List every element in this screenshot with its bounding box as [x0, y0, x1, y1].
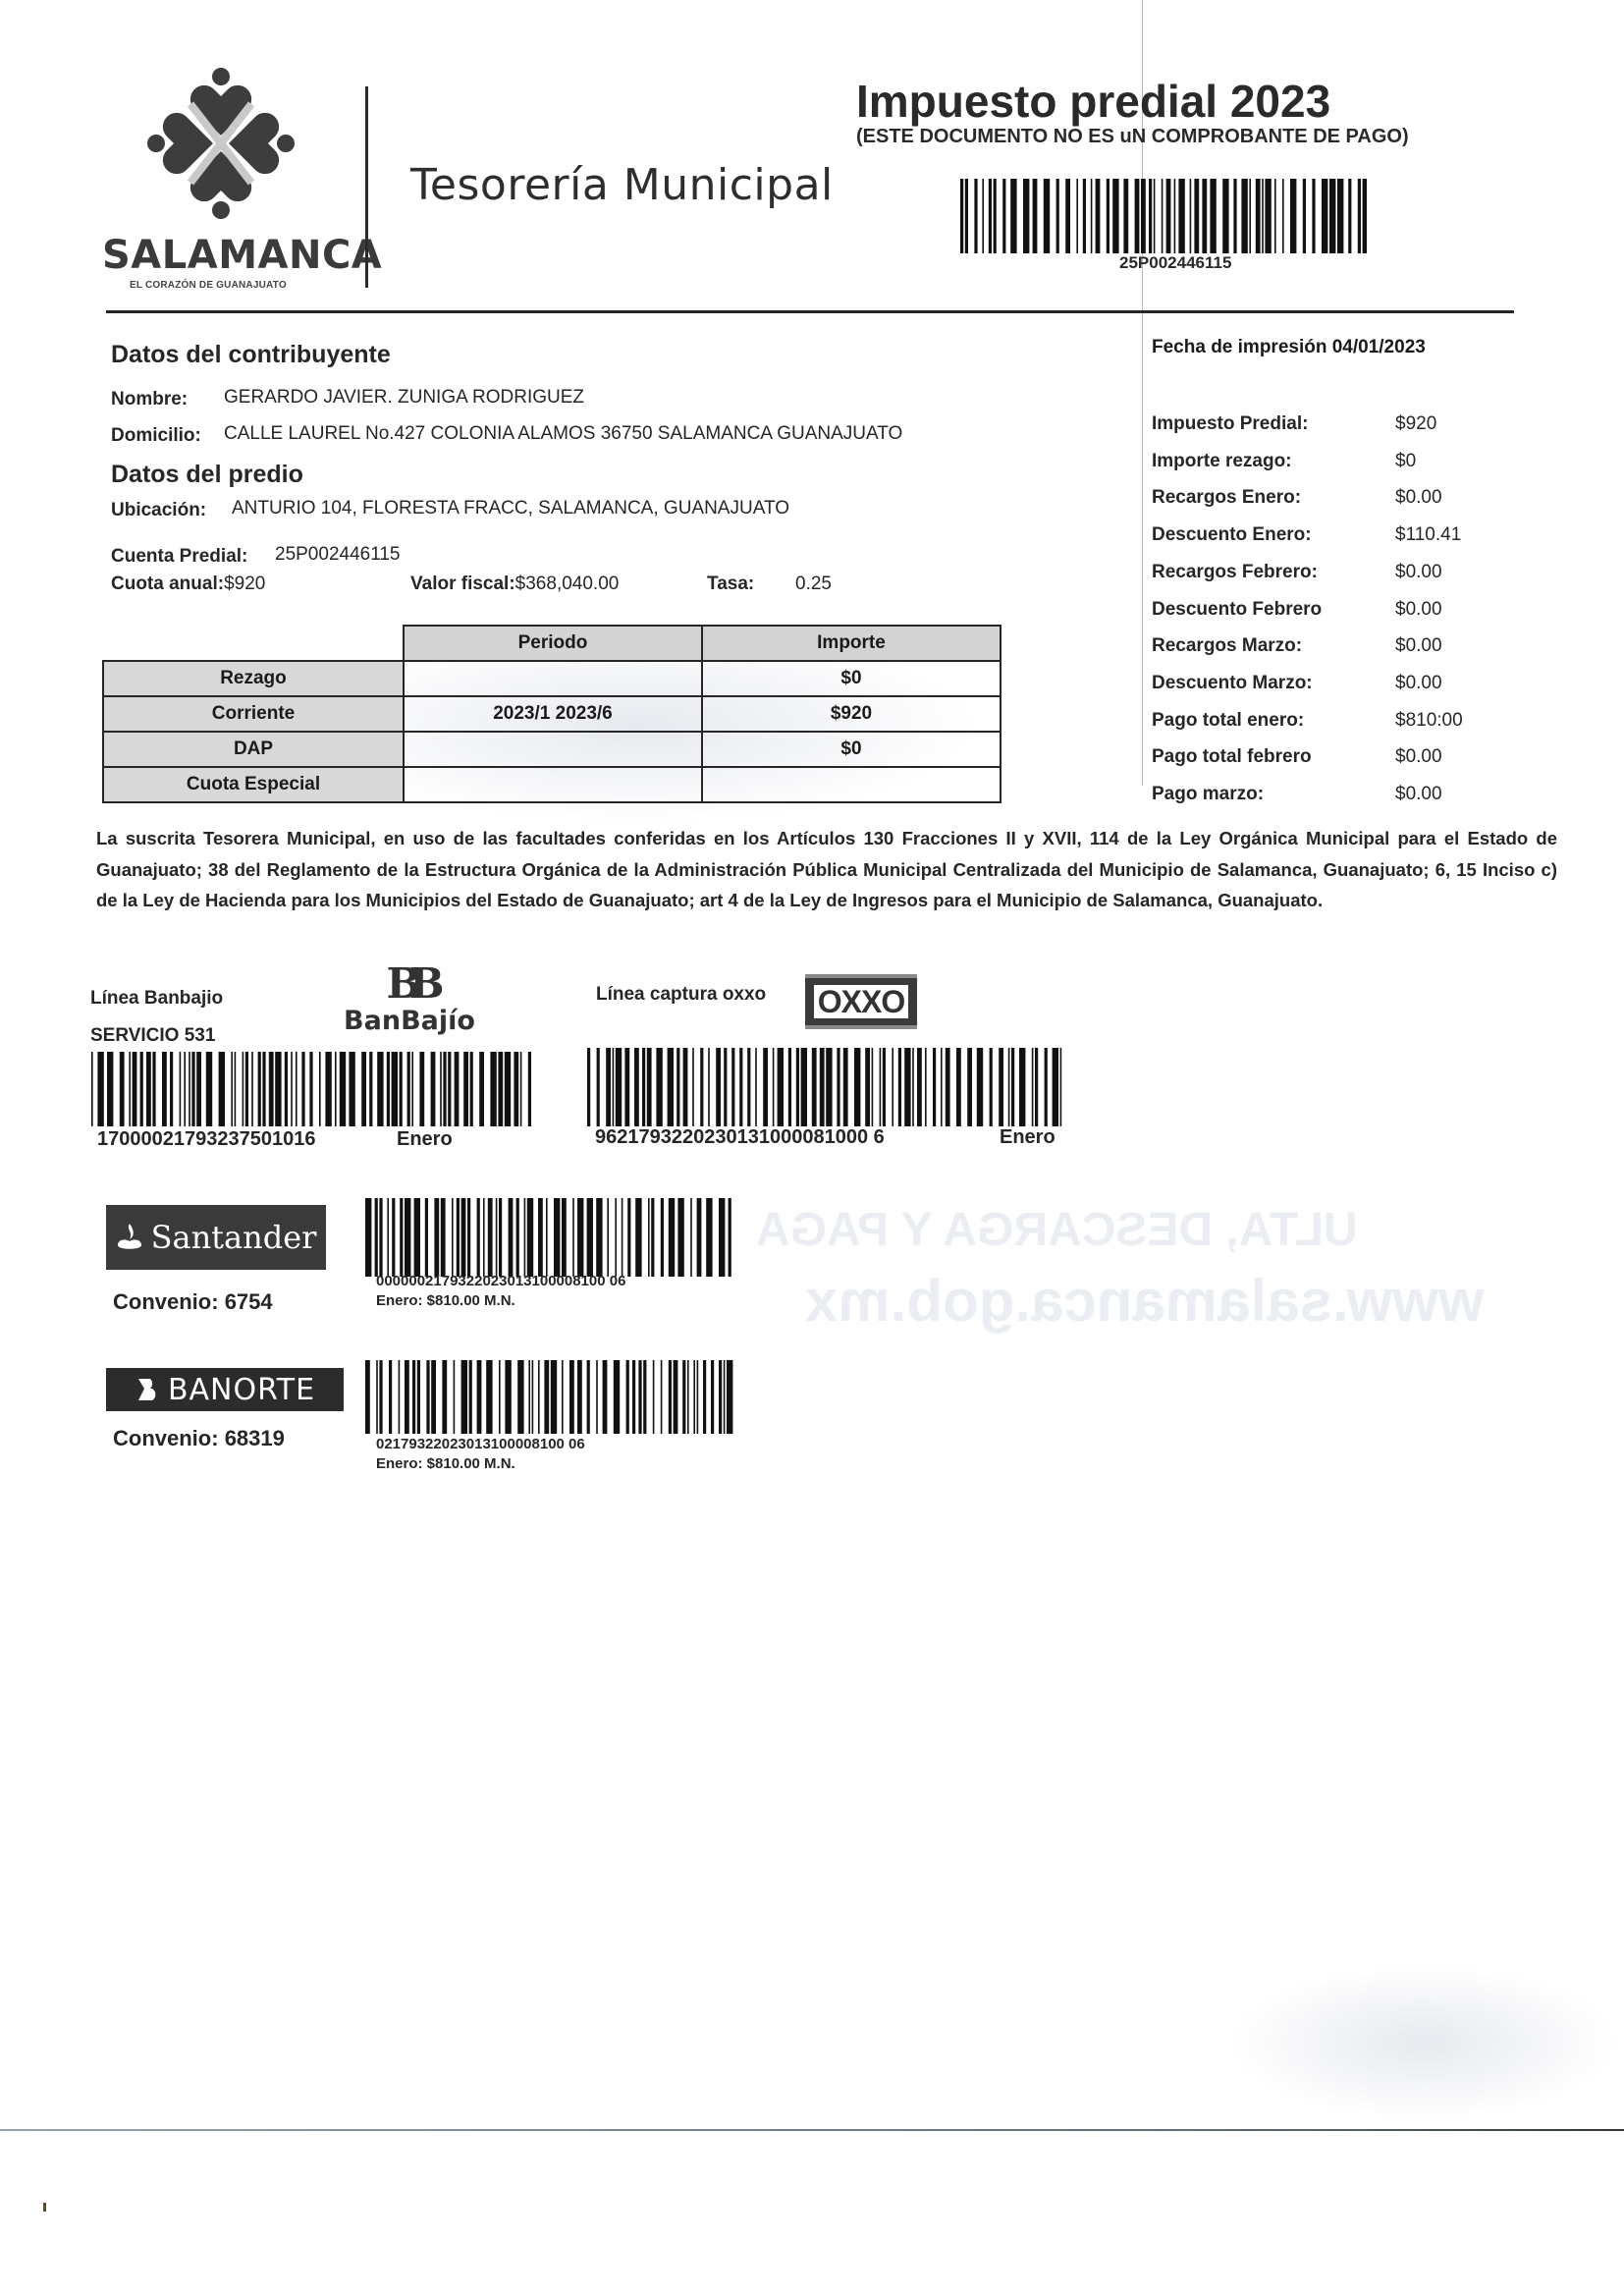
- rate-label: Tasa:: [707, 574, 754, 595]
- fiscal-value: Valor fiscal:$368,040.00: [410, 574, 619, 595]
- account-barcode: [960, 179, 1367, 253]
- taxpayer-section-title: Datos del contribuyente: [111, 341, 391, 369]
- oxxo-month: Enero: [1000, 1126, 1056, 1149]
- address-label: Domicilio:: [111, 425, 201, 447]
- table-row: Corriente 2023/1 2023/6 $920: [103, 696, 1001, 732]
- annual-fee-value: $920: [224, 574, 265, 594]
- summary-label: Pago marzo:: [1152, 784, 1387, 805]
- summary-value: $0.00: [1395, 673, 1442, 694]
- account-label: Cuenta Predial:: [111, 546, 247, 568]
- legal-notice: La suscrita Tesorera Municipal, en uso d…: [96, 823, 1557, 916]
- page-bottom-edge: [0, 2129, 1624, 2131]
- header-divider: [365, 86, 368, 288]
- banbajio-service: SERVICIO 531: [90, 1025, 215, 1047]
- summary-value: $0.00: [1395, 487, 1442, 509]
- rate-value: 0.25: [795, 574, 832, 595]
- banorte-agreement: Convenio: 68319: [113, 1426, 285, 1451]
- scan-smudge: [1227, 1964, 1620, 2121]
- salamanca-hearts-icon: [147, 65, 295, 222]
- banbajio-month: Enero: [397, 1128, 453, 1151]
- summary-label: Pago total febrero: [1152, 746, 1387, 768]
- banorte-reference: 02179322023013100008100 06: [376, 1436, 585, 1452]
- print-date: Fecha de impresión 04/01/2023: [1152, 337, 1426, 358]
- oxxo-line-label: Línea captura oxxo: [596, 984, 766, 1006]
- banbajio-barcode: [91, 1052, 531, 1126]
- property-section-title: Datos del predio: [111, 461, 303, 489]
- cell-importe: $920: [702, 696, 1001, 732]
- oxxo-logo-icon: OXXO: [805, 974, 917, 1029]
- summary-value: $920: [1395, 413, 1436, 435]
- show-through-text: www.salamanca.gob.mx: [805, 1267, 1484, 1335]
- column-header-periodo: Periodo: [404, 626, 702, 661]
- name-label: Nombre:: [111, 389, 188, 410]
- table-row: Rezago $0: [103, 661, 1001, 696]
- cell-importe: [702, 767, 1001, 802]
- table-row: Cuota Especial: [103, 767, 1001, 802]
- banorte-logo-icon: [135, 1375, 162, 1404]
- summary-label: Recargos Febrero:: [1152, 562, 1387, 583]
- annual-fee-label: Cuota anual:: [111, 574, 224, 594]
- banorte-logo: BANORTE: [106, 1368, 344, 1411]
- santander-logo: Santander: [106, 1205, 326, 1270]
- print-date-value: 04/01/2023: [1332, 337, 1426, 357]
- summary-label: Descuento Marzo:: [1152, 673, 1387, 694]
- summary-value: $0.00: [1395, 599, 1442, 621]
- summary-label: Importe rezago:: [1152, 451, 1387, 472]
- table-header-row: Periodo Importe: [103, 626, 1001, 661]
- banbajio-line-label: Línea Banbajio: [90, 988, 223, 1010]
- summary-label: Descuento Enero:: [1152, 524, 1387, 546]
- property-account: 25P002446115: [275, 544, 401, 566]
- periods-table: Periodo Importe Rezago $0 Corriente 2023…: [102, 625, 1001, 803]
- summary-value: $0.00: [1395, 635, 1442, 657]
- municipality-tagline: EL CORAZÓN DE GUANAJUATO: [130, 280, 287, 291]
- summary-label: Recargos Marzo:: [1152, 635, 1387, 657]
- summary-value: $0: [1395, 451, 1416, 472]
- summary-value: $810:00: [1395, 710, 1463, 732]
- cell-importe: $0: [702, 661, 1001, 696]
- table-row: DAP $0: [103, 732, 1001, 767]
- santander-amount: Enero: $810.00 M.N.: [376, 1292, 515, 1309]
- cell-periodo: 2023/1 2023/6: [404, 696, 702, 732]
- scan-speck: [43, 2203, 46, 2212]
- santander-agreement: Convenio: 6754: [113, 1289, 273, 1315]
- taxpayer-name: GERARDO JAVIER. ZUNIGA RODRIGUEZ: [224, 387, 584, 409]
- fiscal-value-amount: $368,040.00: [515, 574, 620, 594]
- banbajio-logo-icon: BB BanBajío: [336, 964, 483, 1036]
- fiscal-value-label: Valor fiscal:: [410, 574, 515, 594]
- row-label: Corriente: [103, 696, 404, 732]
- row-label: Rezago: [103, 661, 404, 696]
- summary-label: Pago total enero:: [1152, 710, 1387, 732]
- cell-importe: $0: [702, 732, 1001, 767]
- santander-barcode: [365, 1198, 734, 1277]
- document-title: Impuesto predial 2023: [856, 75, 1330, 128]
- taxpayer-address: CALLE LAUREL No.427 COLONIA ALAMOS 36750…: [224, 423, 902, 445]
- banorte-barcode: [365, 1360, 736, 1434]
- column-header-importe: Importe: [702, 626, 1001, 661]
- cell-periodo: [404, 767, 702, 802]
- location-label: Ubicación:: [111, 500, 206, 521]
- row-label: DAP: [103, 732, 404, 767]
- document-disclaimer: (ESTE DOCUMENTO NO ES uN COMPROBANTE DE …: [856, 126, 1409, 148]
- account-barcode-number: 25P002446115: [1119, 253, 1231, 273]
- municipality-name: SALAMANCA: [102, 233, 382, 278]
- annual-fee: Cuota anual:$920: [111, 574, 265, 595]
- header-rule: [106, 310, 1514, 313]
- property-location: ANTURIO 104, FLORESTA FRACC, SALAMANCA, …: [232, 498, 789, 519]
- summary-label: Impuesto Predial:: [1152, 413, 1387, 435]
- department-title: Tesorería Municipal: [410, 160, 834, 210]
- summary-label: Recargos Enero:: [1152, 487, 1387, 509]
- summary-value: $0.00: [1395, 562, 1442, 583]
- summary-label: Descuento Febrero: [1152, 599, 1387, 621]
- cell-periodo: [404, 732, 702, 767]
- oxxo-reference: 9621793220230131000081000 6: [595, 1126, 885, 1149]
- banbajio-reference: 17000021793237501016: [97, 1128, 315, 1151]
- oxxo-barcode: [587, 1048, 1063, 1126]
- cell-periodo: [404, 661, 702, 696]
- show-through-text: ULTA, DESCARGA Y PAGA: [756, 1203, 1358, 1257]
- banorte-amount: Enero: $810.00 M.N.: [376, 1455, 515, 1472]
- row-label: Cuota Especial: [103, 767, 404, 802]
- summary-value: $0.00: [1395, 746, 1442, 768]
- summary-value: $110.41: [1395, 524, 1461, 546]
- santander-reference: 0000002179322023013100008100 06: [376, 1273, 625, 1289]
- summary-value: $0.00: [1395, 784, 1442, 805]
- santander-flame-icon: [116, 1222, 143, 1253]
- print-date-label: Fecha de impresión: [1152, 337, 1326, 357]
